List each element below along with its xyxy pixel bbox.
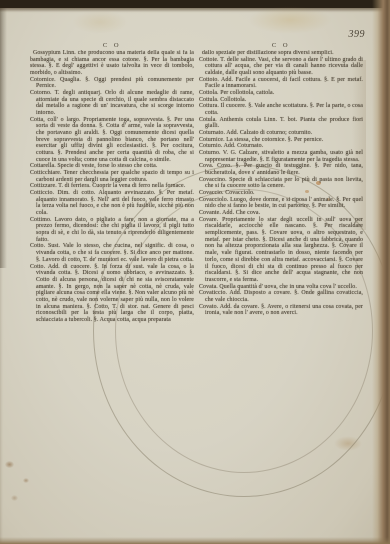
page-number: 399 <box>349 29 366 40</box>
dictionary-entry: Covare. Propriamente lo star degli uccel… <box>205 217 363 284</box>
book-bottom-edge <box>0 537 390 544</box>
book-fore-edge <box>372 0 390 544</box>
dictionary-entry: dallo speziale per distillazione sopra d… <box>199 50 363 57</box>
text-column-left: Gossypium Linn. che producono una materi… <box>30 50 194 450</box>
dictionary-entry: Cotorno. T. degli antiquarj. Orlo di alc… <box>36 90 194 117</box>
dictionary-entry: Cottoie. T. delle saline. Vasi, che serv… <box>205 57 363 77</box>
dictionary-entry: Covaccio. Covacciolo. <box>205 190 363 197</box>
dictionary-entry: Covato. Add. da covare. §. Avere, o rite… <box>205 304 363 317</box>
dictionary-entry: Coturnato. Add. Calzato di coturno; cotu… <box>205 130 363 137</box>
dictionary-entry: Covacciolo. Luogo, dove dorme, e si ripo… <box>205 197 363 210</box>
dictionary-entry: Coturno. V. G. Calzare, stivaletto a mez… <box>205 150 363 163</box>
dictionary-entry: Covaticcio. Add. Disposto a covare. §. O… <box>205 290 363 303</box>
dictionary-entry: Cotornice. Quaglia. §. Oggi prendesi più… <box>36 77 194 90</box>
dictionary-entry: Cotto. Add. di cuocere. §. In forza di s… <box>36 264 194 324</box>
scanned-book-photo: C O C O 399 Gossypium Linn. che producon… <box>0 0 390 544</box>
column-header-right: C O <box>199 42 363 49</box>
dictionary-entry: Cova. Covo. §. Per guscio di testuggine.… <box>205 163 363 176</box>
dictionary-entry: Cottoio. Add. Facile a cuocersi, di faci… <box>205 77 363 90</box>
dictionary-entry: Covaccino. Specie di schiacciata per lo … <box>205 177 363 190</box>
page-left-shadow <box>0 8 7 268</box>
dictionary-entry: Cottola. Per collottola, cattola. <box>205 90 363 97</box>
text-column-right: dallo speziale per distillazione sopra d… <box>199 50 363 450</box>
dictionary-entry: Cotto. Sust. Vale lo stesso, che cucina,… <box>36 243 194 263</box>
dictionary-entry: Cotticcio. Dim. di cotto. Alquanto avvin… <box>36 190 194 217</box>
dictionary-entry: Cotticchiare. Tener checchessia per qual… <box>36 170 194 183</box>
dictionary-entry: Cottimo. Lavoro dato, o pigliato a fare,… <box>36 217 194 244</box>
dictionary-entry: Covante. Add. Che cova. <box>205 210 363 217</box>
dictionary-entry: Cotula. Anthemis cotula Linn. T. bot. Pi… <box>205 117 363 130</box>
page-top-edge <box>0 8 390 12</box>
dictionary-entry: Gossypium Linn. che producono una materi… <box>30 50 194 77</box>
column-header-left: C O <box>30 42 194 49</box>
dictionary-entry: Cottura. Il cuocere. §. Vale anche scott… <box>205 103 363 116</box>
dictionary-entry: Cotta, coll' o largo. Propriamente toga,… <box>36 117 194 164</box>
